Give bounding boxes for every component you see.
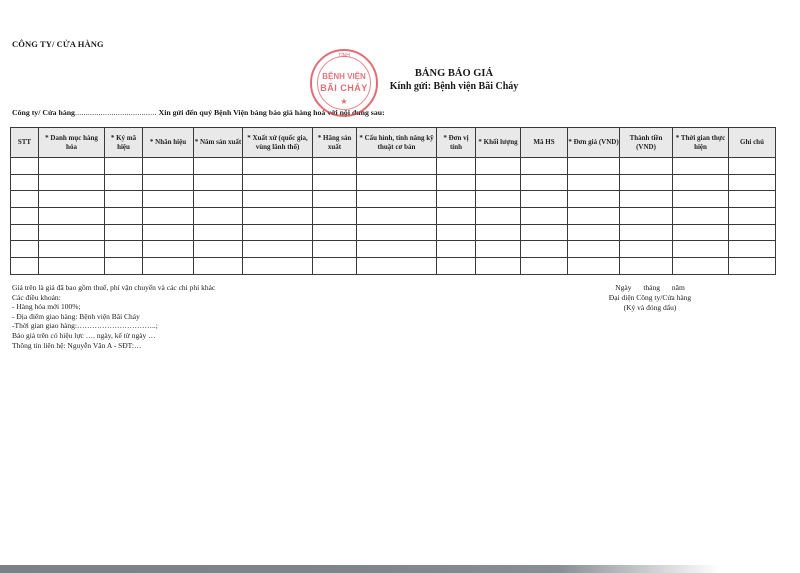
table-cell (313, 158, 357, 175)
table-cell (11, 258, 39, 275)
signature-block: Ngày tháng năm Đại diện Công ty/Cửa hàng… (570, 283, 730, 313)
column-header: * Hãng sản xuất (313, 128, 357, 158)
table-cell (620, 241, 673, 258)
table-cell (729, 191, 776, 208)
table-cell (673, 174, 729, 191)
table-cell (11, 158, 39, 175)
column-header: Mã HS (521, 128, 568, 158)
table-cell (620, 191, 673, 208)
table-cell (11, 191, 39, 208)
table-cell (476, 258, 521, 275)
column-header: STT (11, 128, 39, 158)
column-header: * Nhãn hiệu (143, 128, 194, 158)
table-cell (105, 174, 143, 191)
table-cell (39, 258, 105, 275)
table-cell (194, 158, 243, 175)
table-cell (313, 191, 357, 208)
signature-representative: Đại diện Công ty/Cửa hàng (570, 293, 730, 303)
table-cell (357, 241, 437, 258)
table-cell (39, 174, 105, 191)
intro-company-blank: ...................................... (75, 108, 157, 117)
table-cell (568, 241, 620, 258)
table-cell (105, 241, 143, 258)
terms-notes: Giá trên là giá đã bao gồm thuế, phí vận… (12, 283, 215, 350)
table-cell (243, 241, 313, 258)
table-cell (521, 258, 568, 275)
table-cell (313, 174, 357, 191)
note-line: Thông tin liên hệ: Nguyễn Văn A - SĐT:… (12, 341, 215, 351)
table-cell (521, 224, 568, 241)
table-cell (729, 208, 776, 225)
date-day-label: Ngày (615, 283, 631, 293)
table-cell (568, 174, 620, 191)
table-cell (729, 174, 776, 191)
table-cell (521, 241, 568, 258)
table-cell (39, 191, 105, 208)
note-line: Giá trên là giá đã bao gồm thuế, phí vận… (12, 283, 215, 293)
table-cell (313, 224, 357, 241)
table-cell (476, 174, 521, 191)
table-row (11, 158, 776, 175)
signature-date: Ngày tháng năm (570, 283, 730, 293)
table-cell (673, 208, 729, 225)
table-cell (313, 208, 357, 225)
table-cell (143, 241, 194, 258)
table-cell (357, 258, 437, 275)
table-cell (243, 258, 313, 275)
star-icon: ★ (312, 97, 376, 106)
table-cell (729, 241, 776, 258)
table-cell (437, 241, 476, 258)
table-cell (437, 208, 476, 225)
table-cell (620, 174, 673, 191)
document-recipient: Kính gửi: Bệnh viện Bãi Cháy (0, 81, 800, 92)
note-line: -Thời gian giao hàng:…………………………..; (12, 321, 215, 331)
table-row (11, 174, 776, 191)
table-cell (437, 224, 476, 241)
column-header: * Xuất xứ (quốc gia, vùng lãnh thổ) (243, 128, 313, 158)
table-cell (521, 158, 568, 175)
table-cell (476, 208, 521, 225)
table-cell (357, 224, 437, 241)
table-cell (143, 174, 194, 191)
table-cell (673, 158, 729, 175)
table-cell (194, 191, 243, 208)
table-cell (673, 191, 729, 208)
table-cell (568, 208, 620, 225)
table-cell (437, 174, 476, 191)
table-cell (194, 174, 243, 191)
table-cell (243, 191, 313, 208)
table-cell (194, 258, 243, 275)
table-cell (143, 158, 194, 175)
table-cell (568, 258, 620, 275)
note-line: Các điều khoản: (12, 293, 215, 303)
table-cell (357, 191, 437, 208)
table-cell (143, 258, 194, 275)
table-cell (568, 191, 620, 208)
table-cell (729, 224, 776, 241)
table-cell (357, 158, 437, 175)
table-cell (194, 208, 243, 225)
table-cell (568, 224, 620, 241)
intro-company-label: Công ty/ Cửa hàng (12, 108, 75, 117)
signature-instruction: (Ký và đóng dấu) (570, 303, 730, 313)
table-cell (243, 208, 313, 225)
table-cell (194, 241, 243, 258)
table-cell (437, 191, 476, 208)
table-cell (476, 241, 521, 258)
table-cell (729, 258, 776, 275)
table-cell (476, 224, 521, 241)
table-cell (437, 158, 476, 175)
table-row (11, 224, 776, 241)
table-cell (313, 258, 357, 275)
table-cell (11, 174, 39, 191)
quotation-table: STT* Danh mục hàng hóa* Ký mã hiệu* Nhãn… (10, 127, 776, 275)
table-cell (521, 191, 568, 208)
table-cell (521, 174, 568, 191)
table-cell (568, 158, 620, 175)
note-line: Báo giá trên có hiệu lực …. ngày, kể từ … (12, 331, 215, 341)
table-row (11, 208, 776, 225)
column-header: * Khối lượng (476, 128, 521, 158)
stamp-ring-text: TỈNH (312, 53, 376, 59)
table-cell (11, 241, 39, 258)
table-cell (105, 158, 143, 175)
note-line: - Hàng hóa mới 100%; (12, 302, 215, 312)
company-header: CÔNG TY/ CỬA HÀNG (12, 39, 104, 49)
table-cell (476, 191, 521, 208)
scan-edge-shadow (0, 565, 800, 573)
table-cell (39, 241, 105, 258)
table-cell (357, 208, 437, 225)
table-row (11, 258, 776, 275)
table-cell (476, 158, 521, 175)
table-cell (620, 158, 673, 175)
table-cell (11, 208, 39, 225)
intro-text: Xin gửi đến quý Bệnh Viện bảng báo giá h… (157, 108, 385, 117)
column-header: * Thời gian thực hiện (673, 128, 729, 158)
column-header: Ghi chú (729, 128, 776, 158)
table-cell (673, 241, 729, 258)
column-header: Thành tiền (VND) (620, 128, 673, 158)
date-month-label: tháng (643, 283, 660, 293)
table-cell (143, 191, 194, 208)
table-cell (313, 241, 357, 258)
column-header: * Đơn vị tính (437, 128, 476, 158)
table-cell (521, 208, 568, 225)
table-cell (673, 224, 729, 241)
table-cell (11, 224, 39, 241)
column-header: * Năm sản xuất (194, 128, 243, 158)
table-row (11, 191, 776, 208)
table-cell (105, 208, 143, 225)
table-cell (243, 224, 313, 241)
table-cell (143, 208, 194, 225)
table-cell (673, 258, 729, 275)
table-cell (39, 208, 105, 225)
table-row (11, 241, 776, 258)
table-header-row: STT* Danh mục hàng hóa* Ký mã hiệu* Nhãn… (11, 128, 776, 158)
table-cell (620, 224, 673, 241)
column-header: * Danh mục hàng hóa (39, 128, 105, 158)
table-cell (357, 174, 437, 191)
table-cell (39, 158, 105, 175)
table-cell (729, 158, 776, 175)
table-cell (243, 158, 313, 175)
document-title: BẢNG BÁO GIÁ (0, 68, 800, 79)
table-body (11, 158, 776, 275)
table-cell (243, 174, 313, 191)
table-cell (105, 191, 143, 208)
column-header: * Cấu hình, tính năng kỹ thuật cơ bản (357, 128, 437, 158)
table-cell (194, 224, 243, 241)
table-cell (620, 208, 673, 225)
table-cell (105, 258, 143, 275)
table-cell (39, 224, 105, 241)
table-cell (620, 258, 673, 275)
intro-line: Công ty/ Cửa hàng.......................… (12, 108, 385, 117)
column-header: * Ký mã hiệu (105, 128, 143, 158)
date-year-label: năm (672, 283, 685, 293)
table-cell (437, 258, 476, 275)
table-cell (105, 224, 143, 241)
column-header: * Đơn giá (VND) (568, 128, 620, 158)
note-line: - Địa điểm giao hàng: Bệnh viện Bãi Cháy (12, 312, 215, 322)
table-cell (143, 224, 194, 241)
